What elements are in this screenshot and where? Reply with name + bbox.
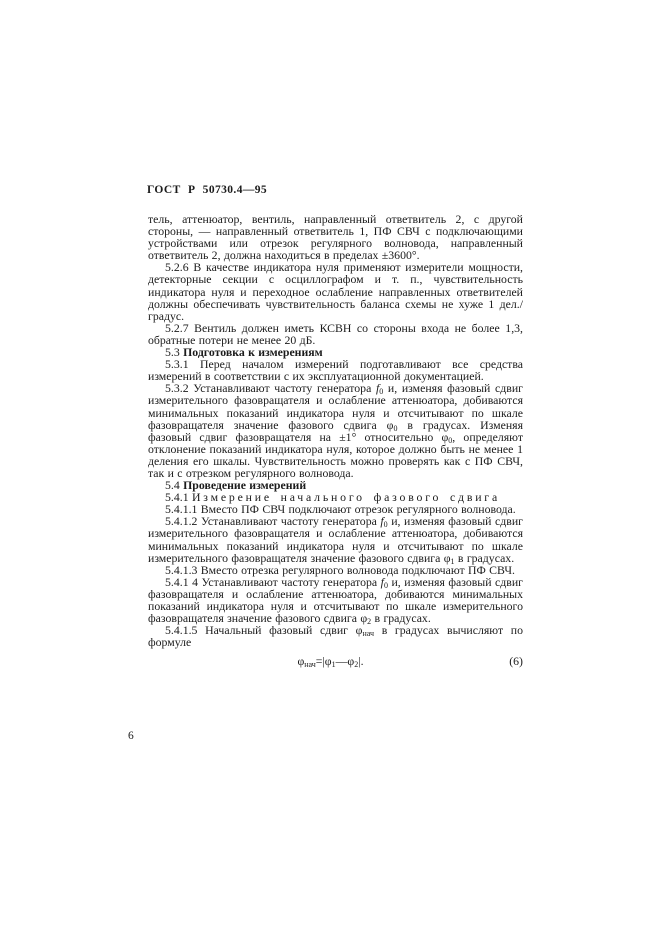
paragraph-5-3-2: 5.3.2 Устанавливают частоту генератора f… xyxy=(148,382,523,479)
formula-number: (6) xyxy=(493,654,523,668)
paragraph-5-2-6: 5.2.6 В качестве индикатора нуля применя… xyxy=(148,261,523,321)
document-header-code: ГОСТ Р 50730.4—95 xyxy=(147,184,267,196)
paragraph-5-2-5-continuation: тель, аттенюатор, вентиль, направленный … xyxy=(148,213,523,261)
page-number: 6 xyxy=(128,730,134,742)
paragraph-5-4-1-2: 5.4.1.2 Устанавливают частоту генератора… xyxy=(148,515,523,563)
paragraph-5-4-1-4: 5.4.1 4 Устанавливают частоту генератора… xyxy=(148,576,523,624)
formula-expression: φнач=|φ1—φ2|. xyxy=(148,654,493,668)
paragraph-5-2-7: 5.2.7 Вентиль должен иметь КСВН со сторо… xyxy=(148,322,523,346)
paragraph-5-4-1-5: 5.4.1.5 Начальный фазовый сдвиг φнач в г… xyxy=(148,624,523,648)
formula-row: φнач=|φ1—φ2|.(6) xyxy=(148,654,523,668)
document-body: тель, аттенюатор, вентиль, направленный … xyxy=(148,213,523,668)
document-page: ГОСТ Р 50730.4—95 тель, аттенюатор, вент… xyxy=(0,0,661,935)
paragraph-5-3-1: 5.3.1 Перед началом измерений подготавли… xyxy=(148,358,523,382)
